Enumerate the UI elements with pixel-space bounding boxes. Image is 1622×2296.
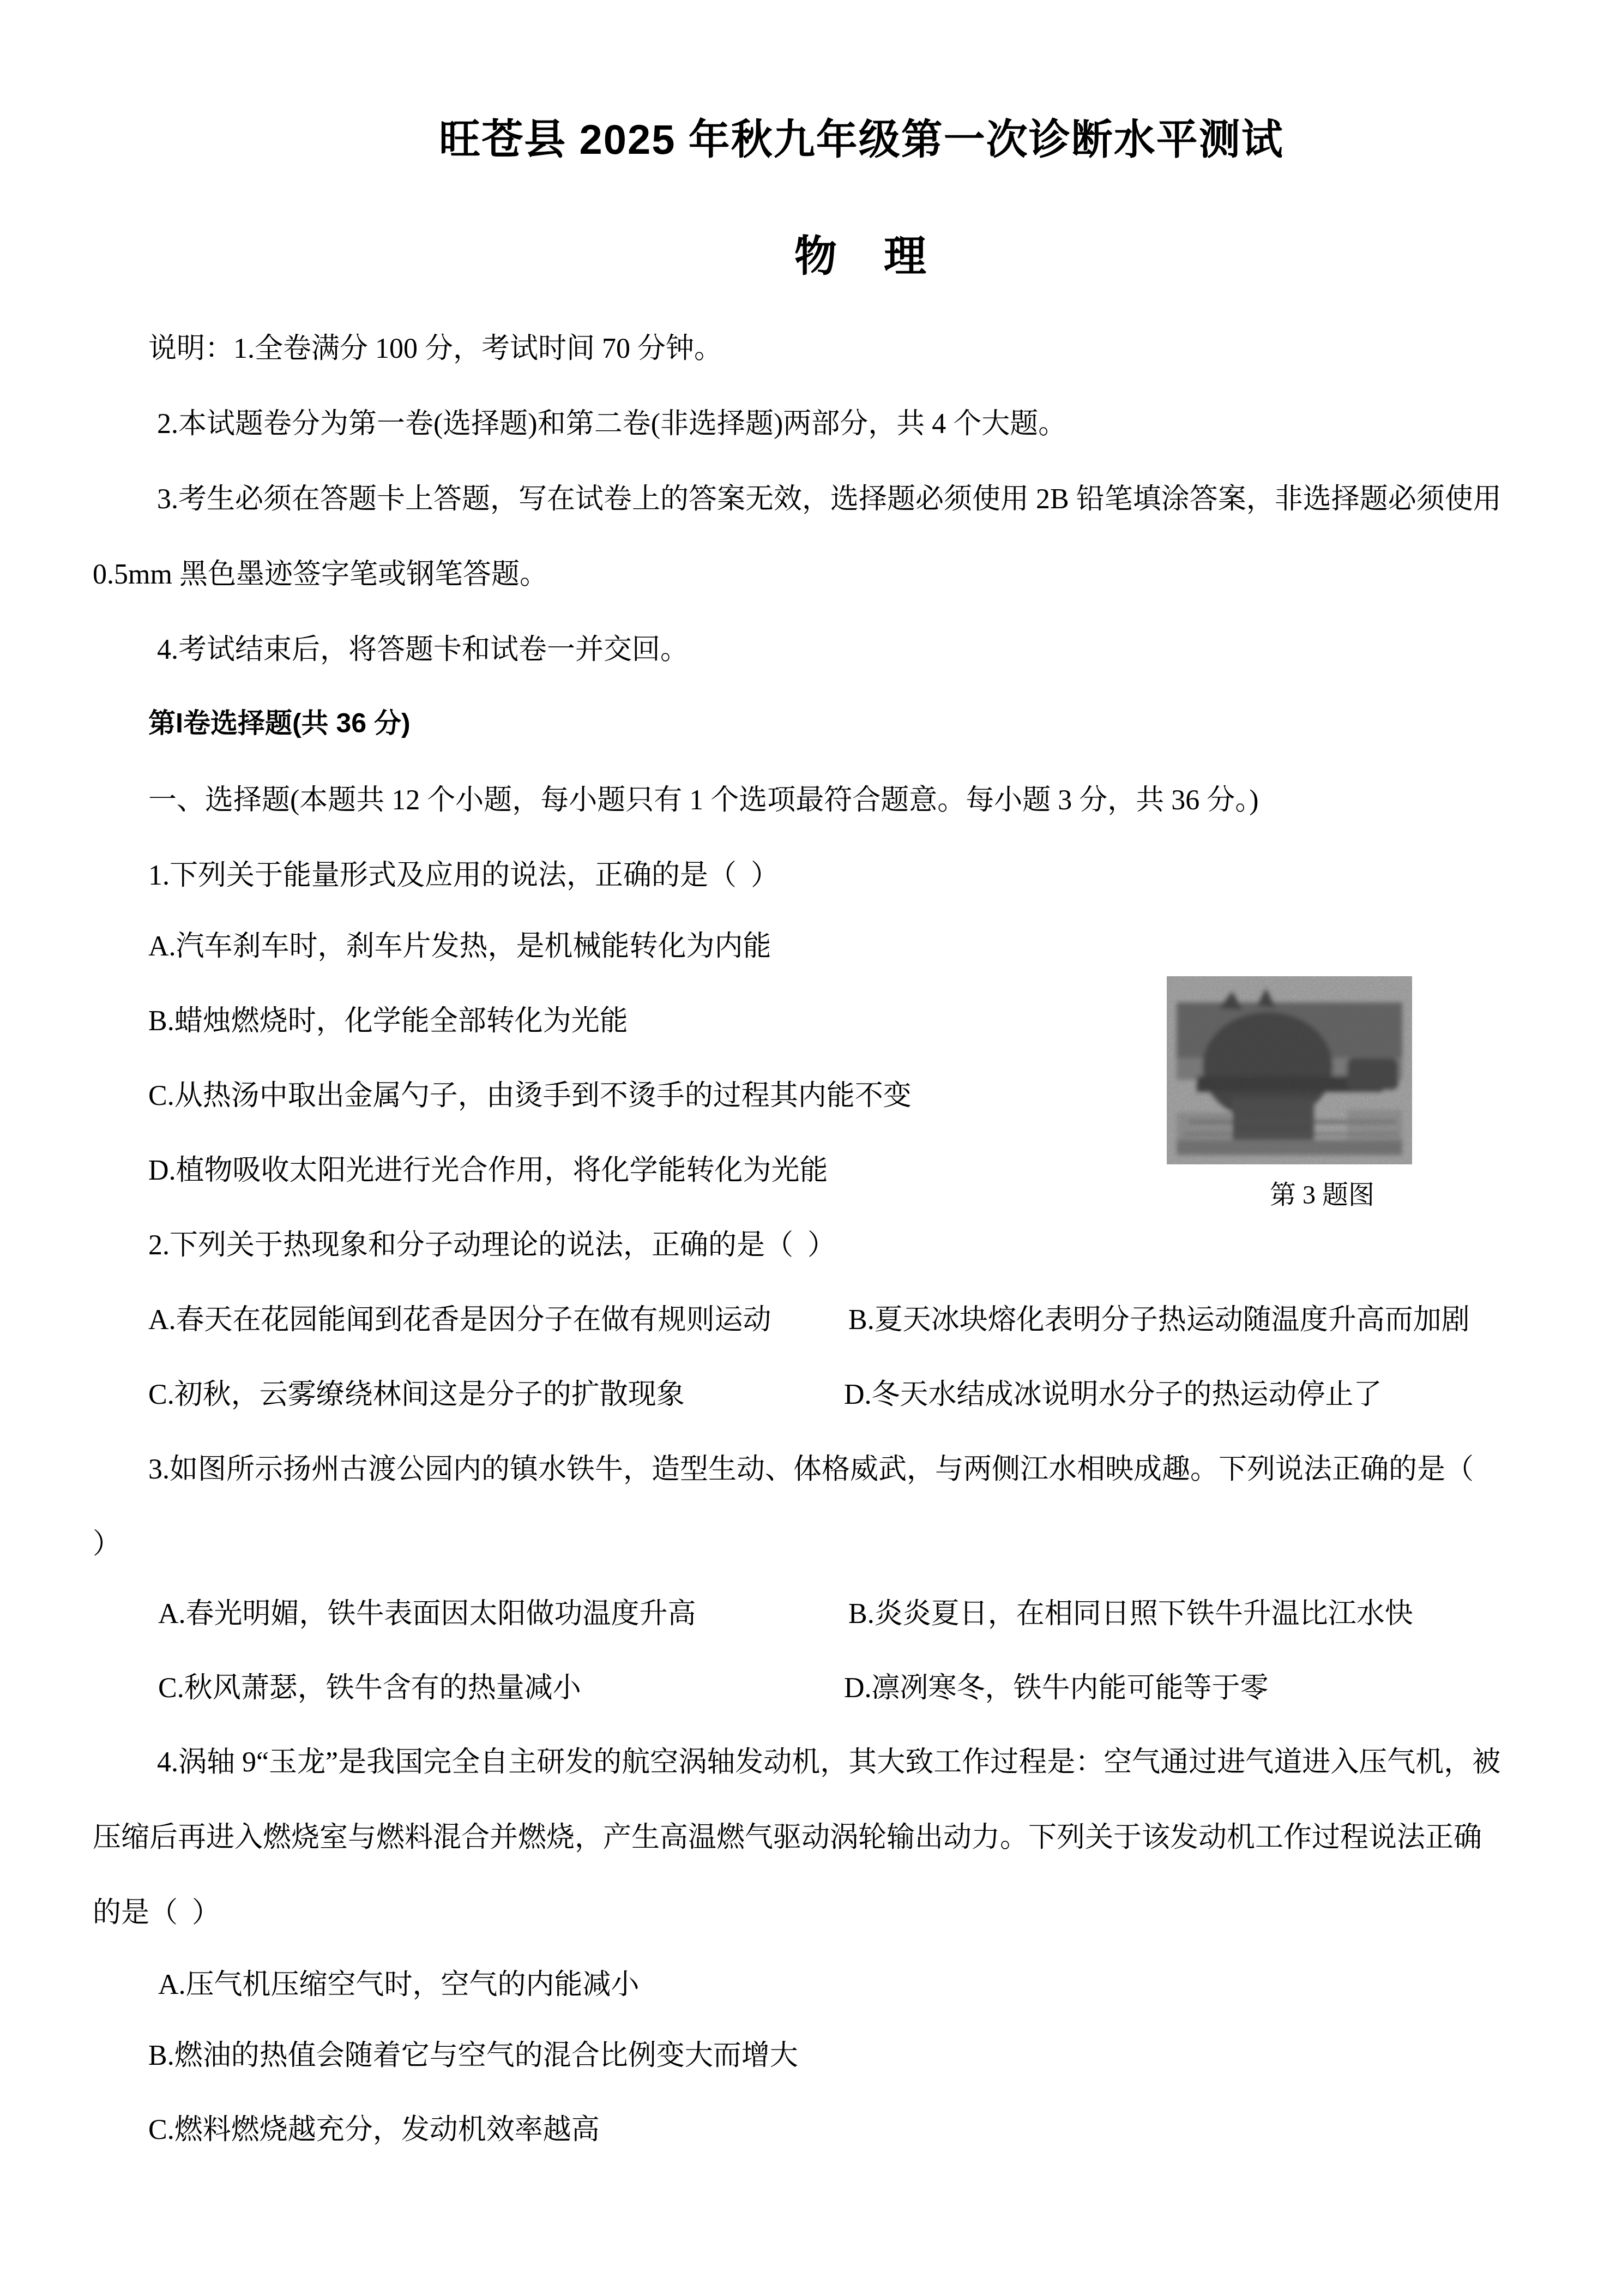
question-3-option-c: C.秋风萧瑟，铁牛含有的热量减小 <box>158 1672 581 1705</box>
question-4-option-c: C.燃料燃烧越充分，发动机效率越高 <box>148 2114 600 2147</box>
instruction-line-2: 2.本试题卷分为第一卷(选择题)和第二卷(非选择题)两部分，共 4 个大题。 <box>157 408 1066 441</box>
section-1-intro: 一、选择题(本题共 12 个小题，每小题只有 1 个选项最符合题意。每小题 3 … <box>148 784 1259 817</box>
iron-ox-photo <box>1167 976 1412 1164</box>
question-2-stem: 2.下列关于热现象和分子动理论的说法，正确的是（ ） <box>148 1229 836 1262</box>
question-4-option-a: A.压气机压缩空气时，空气的内能减小 <box>158 1969 640 2002</box>
exam-title: 旺苍县 2025 年秋九年级第一次诊断水平测试 <box>101 106 1622 166</box>
question-4-option-b: B.燃油的热值会随着它与空气的混合比例变大而增大 <box>148 2040 798 2072</box>
question-1-option-c: C.从热汤中取出金属勺子，由烫手到不烫手的过程其内能不变 <box>148 1080 912 1113</box>
question-2-option-a: A.春天在花园能闻到花香是因分子在做有规则运动 <box>148 1304 771 1337</box>
question-4-stem-line-3: 的是（ ） <box>93 1897 220 1930</box>
question-3-option-b: B.炎炎夏日，在相同日照下铁牛升温比江水快 <box>848 1598 1413 1631</box>
instruction-line-3-cont: 0.5mm 黑色墨迹签字笔或钢笔答题。 <box>93 558 548 591</box>
instruction-line-1: 说明：1.全卷满分 100 分，考试时间 70 分钟。 <box>148 333 722 365</box>
question-4-stem-line-2: 压缩后再进入燃烧室与燃料混合并燃烧，产生高温燃气驱动涡轮输出动力。下列关于该发动… <box>93 1822 1482 1854</box>
subject-title: 物 理 <box>101 223 1622 284</box>
question-3-option-d: D.凛冽寒冬，铁牛内能可能等于零 <box>844 1672 1269 1705</box>
question-1-option-d: D.植物吸收太阳光进行光合作用，将化学能转化为光能 <box>148 1155 828 1187</box>
exam-paper-page: 旺苍县 2025 年秋九年级第一次诊断水平测试 物 理 说明：1.全卷满分 10… <box>0 0 1622 2296</box>
instruction-line-4: 4.考试结束后，将答题卡和试卷一并交回。 <box>157 634 689 666</box>
question-2-option-c: C.初秋，云雾缭绕林间这是分子的扩散现象 <box>148 1379 685 1411</box>
question-1-stem: 1.下列关于能量形式及应用的说法，正确的是（ ） <box>148 860 779 892</box>
question-1-option-a: A.汽车刹车时，刹车片发热，是机械能转化为内能 <box>148 930 771 963</box>
question-3-stem-line-1: 3.如图所示扬州古渡公园内的镇水铁牛，造型生动、体格威武，与两侧江水相映成趣。下… <box>148 1453 1474 1486</box>
section-1-heading: 第I卷选择题(共 36 分) <box>148 708 411 740</box>
question-4-stem-line-1: 4.涡轴 9“玉龙”是我国完全自主研发的航空涡轴发动机，其大致工作过程是：空气通… <box>157 1746 1500 1779</box>
instruction-line-3: 3.考生必须在答题卡上答题，写在试卷上的答案无效，选择题必须使用 2B 铅笔填涂… <box>157 483 1502 516</box>
question-3-stem-line-2: ） <box>93 1528 121 1561</box>
question-2-option-d: D.冬天水结成冰说明水分子的热运动停止了 <box>844 1379 1382 1411</box>
question-3-option-a: A.春光明媚，铁牛表面因太阳做功温度升高 <box>158 1598 696 1631</box>
question-2-option-b: B.夏天冰块熔化表明分子热运动随温度升高而加剧 <box>848 1304 1470 1337</box>
question-1-option-b: B.蜡烛燃烧时，化学能全部转化为光能 <box>148 1005 628 1038</box>
figure-caption: 第 3 题图 <box>1199 1174 1445 1211</box>
